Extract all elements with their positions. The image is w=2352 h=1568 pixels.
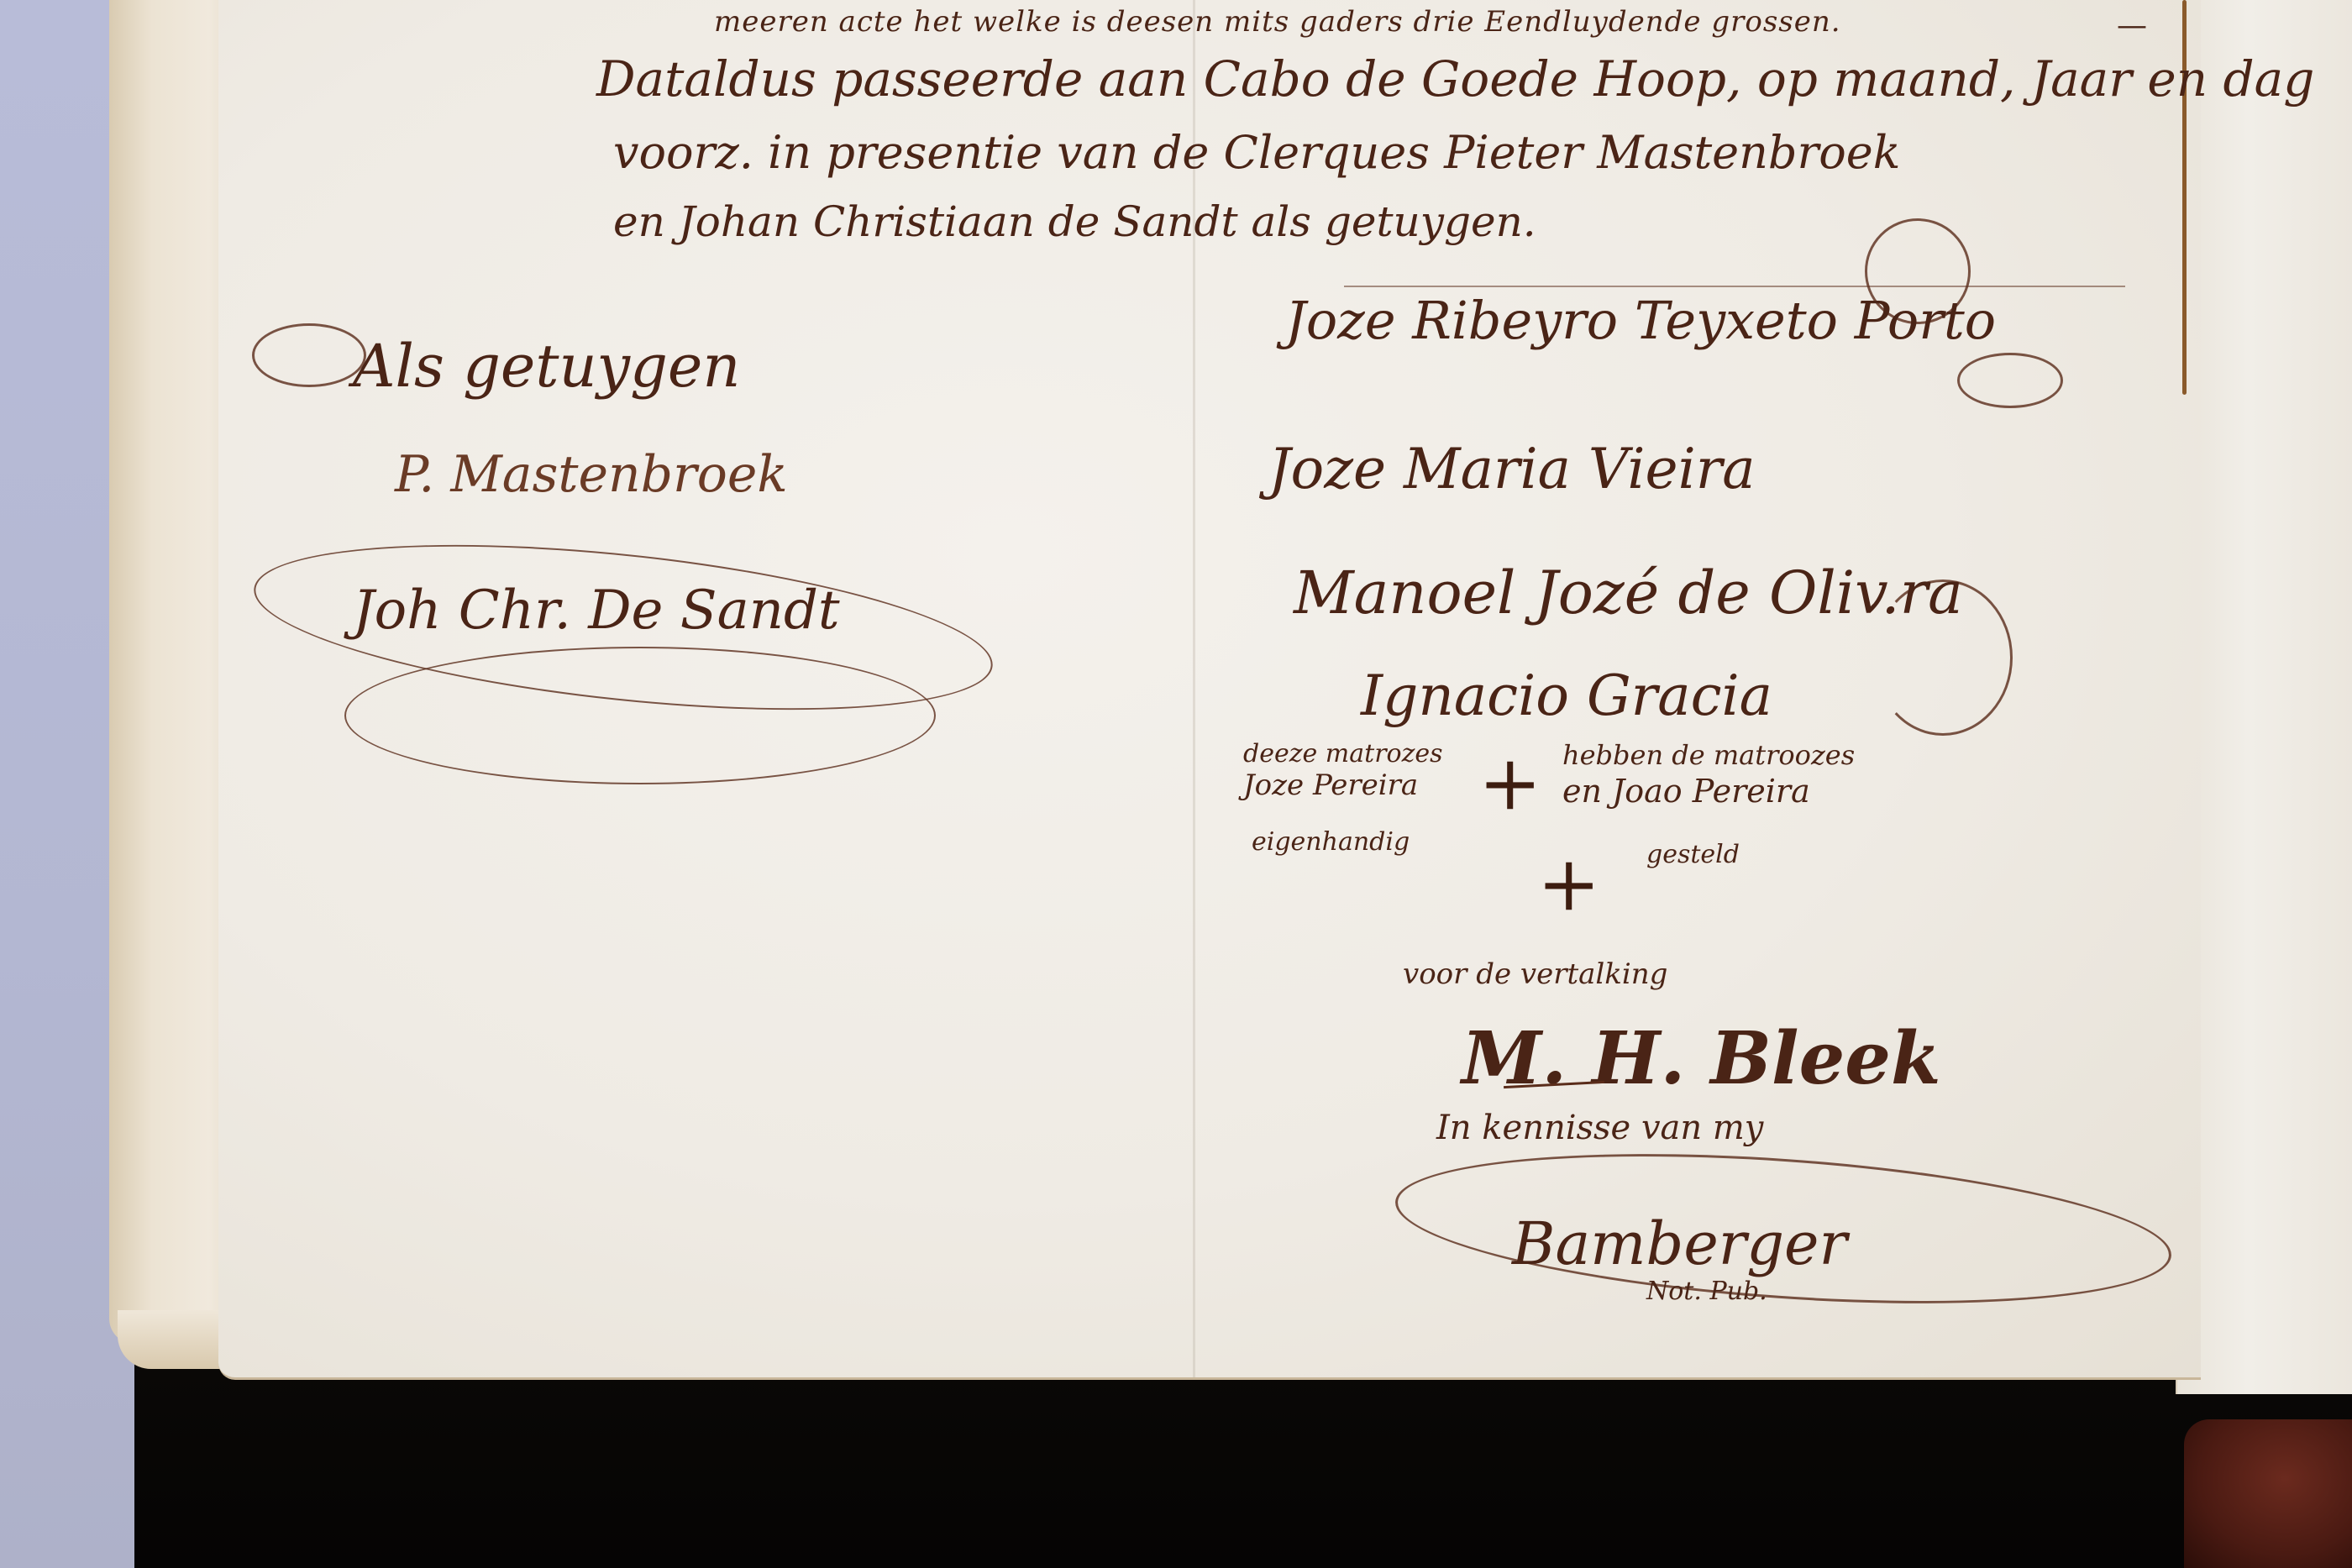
body-line-4: en Johan Christiaan de Sandt als getuyge… xyxy=(613,197,1536,246)
leather-binding xyxy=(2184,1419,2352,1568)
signatory-4: Ignacio Gracia xyxy=(1361,663,1772,728)
signatory-3: Manoel Jozé de Oliv.ra xyxy=(1294,559,1963,627)
facing-page xyxy=(2176,0,2352,1394)
translator-label: voor de vertalking xyxy=(1403,957,1667,991)
translator-signature: M. H. Bleek xyxy=(1462,1016,1941,1101)
continuation-mark: — xyxy=(2117,8,2147,43)
mark-note-right-1: hebben de matroozes xyxy=(1562,739,1855,771)
notary-title: Not. Pub. xyxy=(1646,1277,1767,1306)
body-line-2: Dataldus passeerde aan Cabo de Goede Hoo… xyxy=(596,50,2314,108)
body-line-1: meeren acte het welke is deesen mits gad… xyxy=(714,5,1841,39)
cross-mark-icon: + xyxy=(1537,840,1600,928)
signatory-1: Joze Ribeyro Teyxeto Porto xyxy=(1285,290,1996,351)
flourish-porto-tail xyxy=(1957,353,2063,408)
flourish-witness-paraph-lower xyxy=(344,647,936,784)
mark-note-left-1: deeze matrozes xyxy=(1243,739,1443,768)
notary-signature: Bamberger xyxy=(1512,1209,1847,1278)
body-line-3: voorz. in presentie van de Clerques Piet… xyxy=(613,126,1901,179)
witness-heading: Als getuygen xyxy=(353,332,740,401)
shadow-area xyxy=(134,1361,2352,1568)
witness-signature-mastenbroek: P. Mastenbroek xyxy=(395,445,788,504)
witness-signature-de-sandt: Joh Chr. De Sandt xyxy=(353,579,840,642)
cross-mark-icon: + xyxy=(1478,739,1541,827)
mark-note-right-2: en Joao Pereira xyxy=(1562,773,1810,810)
mark-note-right-3: gesteld xyxy=(1646,840,1740,869)
signatory-2: Joze Maria Vieira xyxy=(1268,437,1756,501)
flourish-witness-heading xyxy=(252,323,366,387)
notary-label: In kennisse van my xyxy=(1436,1109,1763,1147)
mark-note-left-2: Joze Pereira xyxy=(1243,768,1418,802)
signature-rule-line xyxy=(1344,286,2125,287)
mark-note-left-3: eigenhandig xyxy=(1252,827,1410,857)
